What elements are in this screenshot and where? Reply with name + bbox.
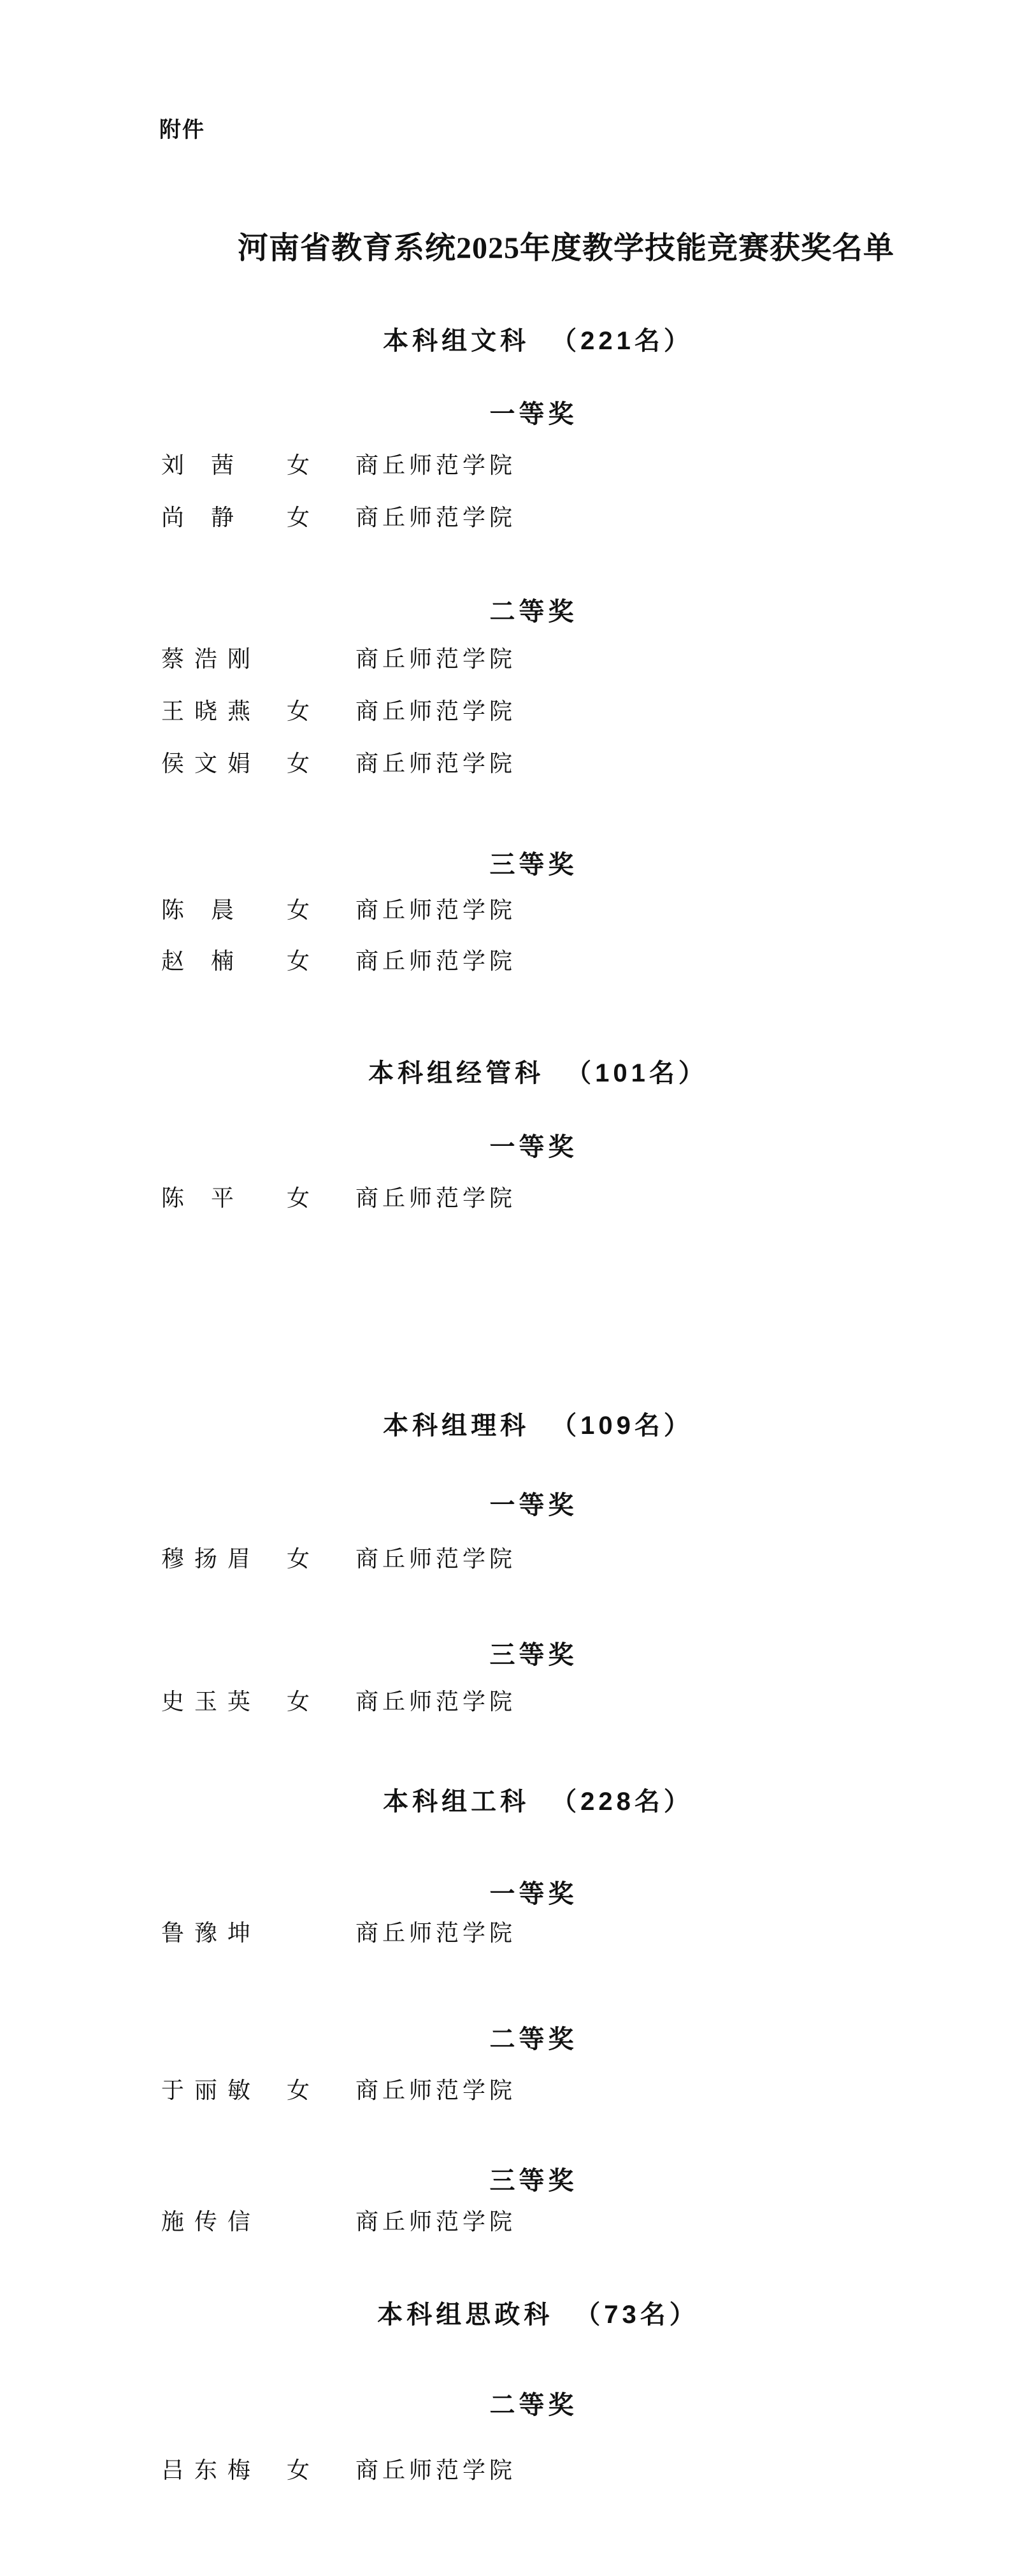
winner-institution: 商丘师范学院 (355, 2452, 516, 2485)
award-level-heading: 二等奖 (0, 591, 1011, 628)
award-level-text: 三等奖 (490, 851, 578, 879)
section-heading-text: 本科组工科 (383, 1788, 529, 1816)
section-count: （221名） (551, 327, 693, 355)
winner-row: 尚 静 女 商丘师范学院 (161, 500, 862, 529)
winner-row: 施传信 商丘师范学院 (161, 2204, 862, 2233)
winner-name: 陈 晨 (161, 892, 236, 925)
winner-row: 赵 楠 女 商丘师范学院 (161, 943, 862, 973)
winner-gender: 女 (287, 1180, 310, 1213)
winner-gender: 女 (287, 2452, 310, 2485)
winner-institution: 商丘师范学院 (355, 2204, 516, 2236)
winner-row: 鲁豫坤 商丘师范学院 (161, 1915, 862, 1944)
award-level-text: 一等奖 (490, 1133, 578, 1161)
winner-name: 施传信 (161, 2204, 261, 2236)
winner-institution: 商丘师范学院 (355, 447, 516, 480)
award-level-heading: 二等奖 (0, 2385, 1011, 2421)
winner-institution: 商丘师范学院 (355, 693, 516, 726)
winner-gender: 女 (287, 447, 310, 480)
attachment-label: 附件 (159, 112, 205, 143)
section-count: （73名） (575, 2301, 699, 2329)
award-level-text: 一等奖 (490, 400, 578, 428)
award-level-heading: 一等奖 (0, 1127, 1011, 1163)
section-heading-text: 本科组思政科 (377, 2301, 553, 2329)
winner-institution: 商丘师范学院 (355, 746, 516, 778)
award-level-text: 二等奖 (490, 2391, 578, 2419)
winner-name: 赵 楠 (161, 943, 236, 976)
award-level-heading: 一等奖 (0, 1485, 1011, 1521)
document-title: 河南省教育系统2025年度教学技能竞赛获奖名单 (0, 223, 1011, 267)
section-count: （228名） (551, 1788, 693, 1816)
section-heading: 本科组思政科（73名） (0, 2294, 1011, 2331)
section-heading: 本科组经管科（101名） (0, 1053, 1011, 1089)
winner-name: 穆扬眉 (161, 1541, 261, 1574)
winner-name: 吕东梅 (161, 2452, 261, 2485)
award-level-heading: 三等奖 (0, 1635, 1011, 1671)
winner-row: 穆扬眉 女 商丘师范学院 (161, 1541, 862, 1570)
winner-institution: 商丘师范学院 (355, 1684, 516, 1716)
section-heading-text: 本科组文科 (383, 327, 529, 355)
winner-institution: 商丘师范学院 (355, 500, 516, 532)
award-level-heading: 三等奖 (0, 844, 1011, 881)
section-count: （109名） (551, 1412, 693, 1440)
winner-institution: 商丘师范学院 (355, 1915, 516, 1948)
winner-name: 鲁豫坤 (161, 1915, 261, 1948)
winner-institution: 商丘师范学院 (355, 1180, 516, 1213)
document-title-text: 河南省教育系统2025年度教学技能竞赛获奖名单 (238, 231, 894, 265)
winner-name: 尚 静 (161, 500, 236, 532)
section-heading-text: 本科组经管科 (368, 1059, 544, 1087)
winner-institution: 商丘师范学院 (355, 892, 516, 925)
section-heading: 本科组文科（221名） (0, 321, 1011, 357)
award-level-heading: 二等奖 (0, 2019, 1011, 2055)
winner-name: 蔡浩刚 (161, 641, 261, 674)
winner-gender: 女 (287, 2073, 310, 2105)
award-level-text: 二等奖 (490, 598, 578, 626)
winner-institution: 商丘师范学院 (355, 1541, 516, 1574)
award-level-heading: 一等奖 (0, 1874, 1011, 1910)
section-heading-text: 本科组理科 (383, 1412, 529, 1440)
award-level-text: 三等奖 (490, 2167, 578, 2195)
winner-gender: 女 (287, 746, 310, 778)
winner-row: 吕东梅 女 商丘师范学院 (161, 2452, 862, 2482)
winner-institution: 商丘师范学院 (355, 943, 516, 976)
winner-row: 侯文娟 女 商丘师范学院 (161, 746, 862, 775)
section-heading: 本科组理科（109名） (0, 1405, 1011, 1442)
award-level-text: 三等奖 (490, 1641, 578, 1669)
winner-row: 史玉英 女 商丘师范学院 (161, 1684, 862, 1713)
winner-gender: 女 (287, 1541, 310, 1574)
award-level-text: 一等奖 (490, 1491, 578, 1519)
award-level-heading: 一等奖 (0, 394, 1011, 430)
winner-gender: 女 (287, 1684, 310, 1716)
winner-name: 刘 茜 (161, 447, 236, 480)
winner-name: 侯文娟 (161, 746, 261, 778)
award-level-text: 一等奖 (490, 1880, 578, 1908)
winner-gender: 女 (287, 943, 310, 976)
winner-name: 王晓燕 (161, 693, 261, 726)
winner-row: 陈 平 女 商丘师范学院 (161, 1180, 862, 1210)
winner-gender: 女 (287, 892, 310, 925)
award-level-heading: 三等奖 (0, 2160, 1011, 2197)
section-heading: 本科组工科（228名） (0, 1781, 1011, 1818)
section-count: （101名） (566, 1059, 708, 1087)
award-level-text: 二等奖 (490, 2025, 578, 2053)
winner-row: 蔡浩刚 商丘师范学院 (161, 641, 862, 670)
winner-name: 史玉英 (161, 1684, 261, 1716)
winner-institution: 商丘师范学院 (355, 2073, 516, 2105)
winner-gender: 女 (287, 500, 310, 532)
winner-row: 王晓燕 女 商丘师范学院 (161, 693, 862, 723)
winner-name: 于丽敏 (161, 2073, 261, 2105)
document-page: 附件 河南省教育系统2025年度教学技能竞赛获奖名单 本科组文科（221名） 一… (0, 0, 1011, 2576)
winner-row: 陈 晨 女 商丘师范学院 (161, 892, 862, 922)
winner-name: 陈 平 (161, 1180, 236, 1213)
winner-gender: 女 (287, 693, 310, 726)
winner-institution: 商丘师范学院 (355, 641, 516, 674)
winner-row: 于丽敏 女 商丘师范学院 (161, 2073, 862, 2102)
winner-row: 刘 茜 女 商丘师范学院 (161, 447, 862, 477)
